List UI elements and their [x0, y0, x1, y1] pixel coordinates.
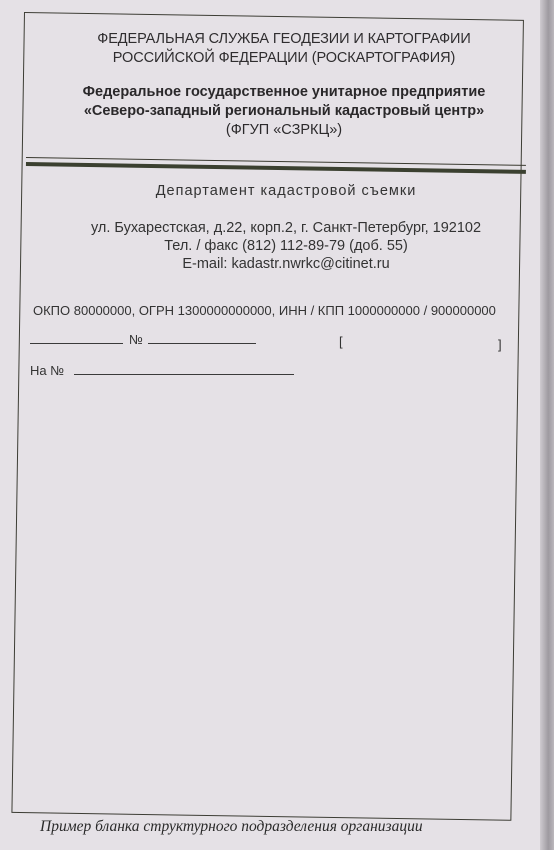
agency-name: ФЕДЕРАЛЬНАЯ СЛУЖБА ГЕОДЕЗИИ И КАРТОГРАФИ…	[34, 30, 534, 68]
number-blank-field[interactable]	[148, 331, 256, 344]
address: ул. Бухарестская, д.22, корп.2, г. Санкт…	[36, 219, 536, 237]
org-line-2: «Северо-западный региональный кадастровы…	[34, 102, 534, 121]
outgoing-reference-line: №	[30, 331, 256, 347]
registration-identifiers: ОКПО 80000000, ОГРН 1300000000000, ИНН /…	[33, 303, 496, 318]
contact-block: ул. Бухарестская, д.22, корп.2, г. Санкт…	[36, 219, 536, 273]
organization-name: Федеральное государственное унитарное пр…	[34, 83, 534, 121]
agency-line-1: ФЕДЕРАЛЬНАЯ СЛУЖБА ГЕОДЕЗИИ И КАРТОГРАФИ…	[34, 30, 534, 49]
in-reply-label: На №	[30, 363, 64, 378]
figure-caption: Пример бланка структурного подразделения…	[40, 818, 423, 836]
org-line-1: Федеральное государственное унитарное пр…	[34, 83, 534, 102]
addressee-bracket-close: ]	[498, 337, 502, 352]
in-reply-line: На №	[30, 362, 294, 378]
letterhead-header: ФЕДЕРАЛЬНАЯ СЛУЖБА ГЕОДЕЗИИ И КАРТОГРАФИ…	[34, 30, 534, 140]
department-name: Департамент кадастровой съемки	[36, 183, 536, 199]
letterhead-page: ФЕДЕРАЛЬНАЯ СЛУЖБА ГЕОДЕЗИИ И КАРТОГРАФИ…	[0, 0, 554, 850]
in-reply-blank-field[interactable]	[74, 362, 294, 375]
number-label: №	[129, 332, 143, 347]
agency-line-2: РОССИЙСКОЙ ФЕДЕРАЦИИ (РОСКАРТОГРАФИЯ)	[34, 49, 534, 68]
org-abbreviation: (ФГУП «СЗРКЦ»)	[34, 121, 534, 140]
phone-fax: Тел. / факс (812) 112-89-79 (доб. 55)	[36, 237, 536, 255]
email: E-mail: kadastr.nwrkc@citinet.ru	[36, 255, 536, 273]
date-blank-field[interactable]	[30, 331, 123, 344]
addressee-bracket-open: [	[339, 334, 343, 349]
